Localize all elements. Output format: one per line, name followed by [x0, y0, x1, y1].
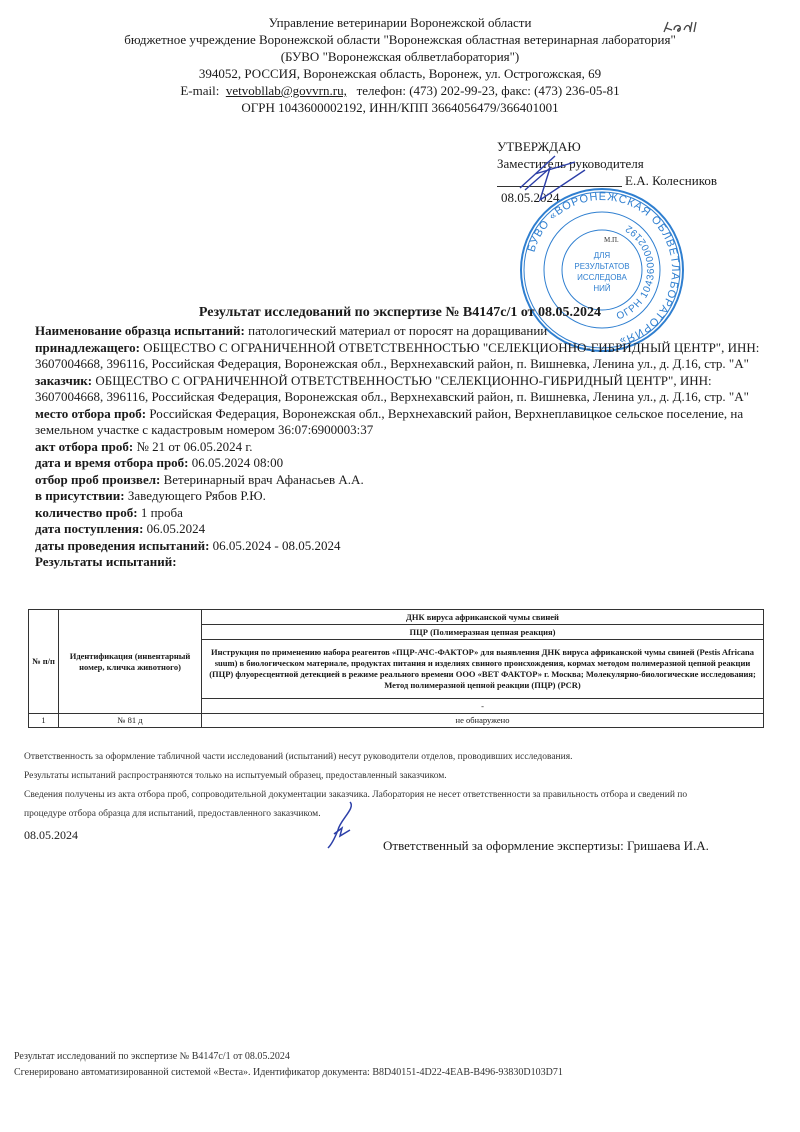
sample-details: Наименование образца испытаний: патологи… [35, 323, 775, 571]
field-owner: принадлежащего: ОБЩЕСТВО С ОГРАНИЧЕННОЙ … [35, 340, 775, 373]
field-in-presence: в присутствии: Заведующего Рябов Р.Ю. [35, 488, 775, 505]
notes: Ответственность за оформление табличной … [24, 748, 784, 824]
header-norm: - [202, 699, 764, 714]
footer-generated: Сгенерировано автоматизированной системо… [14, 1065, 563, 1081]
field-sample-name: Наименование образца испытаний: патологи… [35, 323, 775, 340]
document-footer: Результат исследований по экспертизе № В… [14, 1049, 563, 1081]
row-result: не обнаружено [202, 714, 764, 728]
letterhead-line: (БУВО "Воронежская облветлаборатория") [0, 48, 800, 65]
row-identification: № 81 д [59, 714, 202, 728]
field-test-dates: даты проведения испытаний: 06.05.2024 - … [35, 538, 775, 555]
field-receipt-date: дата поступления: 06.05.2024 [35, 521, 775, 538]
svg-text:РЕЗУЛЬТАТОВ: РЕЗУЛЬТАТОВ [574, 262, 629, 271]
responsible-signature-icon [310, 800, 370, 850]
note: Ответственность за оформление табличной … [24, 748, 784, 767]
field-customer: заказчик: ОБЩЕСТВО С ОГРАНИЧЕННОЙ ОТВЕТС… [35, 373, 775, 406]
note: процедуре отбора образца для испытаний, … [24, 805, 784, 824]
responsible-person: Ответственный за оформление экспертизы: … [383, 838, 709, 854]
results-table: № п/п Идентификация (инвентарный номер, … [28, 609, 764, 728]
svg-text:ИССЛЕДОВА: ИССЛЕДОВА [577, 273, 627, 282]
signoff-date: 08.05.2024 [24, 828, 78, 843]
svg-text:М.П.: М.П. [604, 236, 619, 244]
field-sampling-act: акт отбора проб: № 21 от 06.05.2024 г. [35, 439, 775, 456]
document-title: Результат исследований по экспертизе № В… [0, 305, 800, 321]
header-number: № п/п [29, 610, 59, 714]
phone-fax: телефон: (473) 202-99-23, факс: (473) 23… [357, 83, 620, 98]
table-row: 1 № 81 д не обнаружено [29, 714, 764, 728]
note: Сведения получены из акта отбора проб, с… [24, 786, 784, 805]
field-sampling-place: место отбора проб: Российская Федерация,… [35, 406, 775, 439]
letterhead-address: 394052, РОССИЯ, Воронежская область, Вор… [0, 65, 800, 82]
initials-signature-icon [660, 18, 730, 38]
letterhead-ogrn: ОГРН 1043600002192, ИНН/КПП 3664056479/3… [0, 99, 800, 116]
row-number: 1 [29, 714, 59, 728]
field-sample-count: количество проб: 1 проба [35, 505, 775, 522]
note: Результаты испытаний распространяются то… [24, 767, 784, 786]
svg-text:НИЙ: НИЙ [593, 284, 611, 293]
results-heading: Результаты испытаний: [35, 554, 775, 571]
email-label: E-mail: [180, 83, 219, 98]
email-link[interactable]: vetvobllab@govvrn.ru, [226, 83, 347, 98]
footer-reference: Результат исследований по экспертизе № В… [14, 1049, 563, 1065]
svg-text:ДЛЯ: ДЛЯ [594, 251, 611, 260]
letterhead-contacts: E-mail: vetvobllab@govvrn.ru, телефон: (… [0, 82, 800, 99]
field-sampled-by: отбор проб произвел: Ветеринарный врач А… [35, 472, 775, 489]
header-identification: Идентификация (инвентарный номер, кличка… [59, 610, 202, 714]
field-sampling-datetime: дата и время отбора проб: 06.05.2024 08:… [35, 455, 775, 472]
header-indicator: ДНК вируса африканской чумы свиней [202, 610, 764, 625]
header-instruction: Инструкция по применению набора реагенто… [202, 640, 764, 699]
header-method: ПЦР (Полимеразная цепная реакция) [202, 625, 764, 640]
